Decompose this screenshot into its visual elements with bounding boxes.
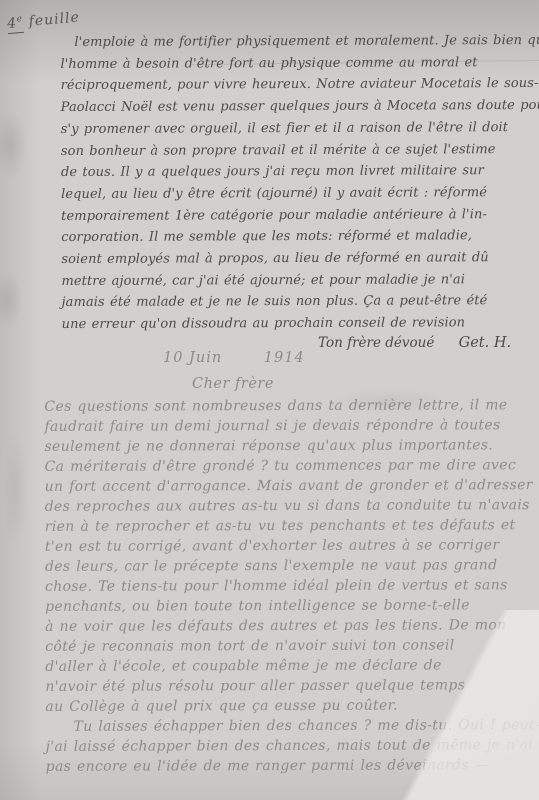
- handwritten-line: Ca mériterais d'être grondé ? tu commenc…: [45, 455, 539, 477]
- handwritten-line: chose. Te tiens-tu pour l'homme idéal pl…: [45, 575, 539, 597]
- handwritten-line: l'emploie à me fortifier physiquement et…: [60, 30, 538, 54]
- handwritten-line: d'aller à l'école, et coupable même je m…: [45, 655, 539, 677]
- handwritten-line: Ces questions sont nombreuses dans ta de…: [44, 395, 538, 417]
- handwritten-line: un fort accent d'arrogance. Mais avant d…: [45, 475, 539, 497]
- closing-text: Ton frère dévoué: [318, 335, 434, 351]
- handwritten-line: corporation. Il me semble que les mots: …: [61, 225, 539, 249]
- date-year: 1914: [264, 350, 305, 366]
- handwritten-line: au Collège à quel prix que ça eusse pu c…: [45, 695, 539, 717]
- salutation: Cher frère: [192, 376, 274, 392]
- handwritten-line: temporairement 1ère catégorie pour malad…: [61, 204, 539, 228]
- handwritten-line: des reproches aux autres as-tu vu si dan…: [45, 495, 539, 517]
- letter-closing: Ton frère dévoué Get. H.: [318, 335, 511, 351]
- handwritten-line: lequel, au lieu d'y être écrit (ajourné)…: [61, 182, 539, 206]
- handwritten-line: faudrait faire un demi journal si je dev…: [44, 415, 538, 437]
- bleed-through-smudge: [0, 270, 24, 330]
- bleed-through-smudge: [0, 110, 28, 180]
- letter-date: 10 Juin 1914: [163, 350, 305, 366]
- date-day-month: 10 Juin: [163, 350, 222, 366]
- bleed-through-smudge: [2, 430, 28, 550]
- sheet-number: 4e: [6, 14, 24, 33]
- handwritten-line: réciproquement, pour vivre heureux. Notr…: [61, 73, 539, 97]
- handwritten-line: penchants, ou bien toute ton intelligenc…: [45, 595, 539, 617]
- handwritten-line: à ne voir que les défauts des autres et …: [45, 615, 539, 637]
- sheet-number-note: 4e feuille: [6, 9, 80, 32]
- handwritten-line: côté je reconnais mon tort de n'avoir su…: [45, 635, 539, 657]
- handwritten-line: j'ai laissé échapper bien des chances, m…: [46, 735, 539, 757]
- handwritten-line: rien à te reprocher et as-tu vu tes penc…: [45, 515, 539, 537]
- first-letter-body: l'emploie à me fortifier physiquement et…: [60, 30, 539, 336]
- handwritten-line: s'y promener avec orgueil, il est fier e…: [61, 117, 539, 141]
- handwritten-line: t'en est tu corrigé, avant d'exhorter le…: [45, 535, 539, 557]
- second-letter-body: Ces questions sont nombreuses dans ta de…: [44, 395, 539, 777]
- handwritten-line: soient employés mal à propos, au lieu de…: [61, 247, 539, 271]
- handwritten-line: de tous. Il y a quelques jours j'ai reçu…: [61, 160, 539, 184]
- handwritten-line: n'avoir été plus résolu pour aller passe…: [45, 675, 539, 697]
- sheet-word: feuille: [28, 10, 80, 30]
- letter-page: 4e feuille l'emploie à me fortifier phys…: [0, 0, 539, 800]
- handwritten-line: des leurs, car le précepte sans l'exempl…: [45, 555, 539, 577]
- handwritten-line: l'homme à besoin d'être fort au physique…: [60, 52, 538, 76]
- scan-shading-left: [0, 0, 40, 800]
- handwritten-line: Paolacci Noël est venu passer quelques j…: [61, 95, 539, 119]
- handwritten-line: jamais été malade et je ne le suis non p…: [61, 290, 539, 314]
- signature: Get. H.: [459, 335, 511, 351]
- handwritten-line: pas encore eu l'idée de me ranger parmi …: [46, 755, 539, 777]
- handwritten-line: son bonheur à son propre travail et il m…: [61, 138, 539, 162]
- handwritten-line: Tu laisses échapper bien des chances ? m…: [45, 715, 539, 737]
- handwritten-line: seulement je ne donnerai réponse qu'aux …: [44, 435, 538, 457]
- handwritten-line: une erreur qu'on dissoudra au prochain c…: [62, 312, 539, 336]
- handwritten-line: mettre ajourné, car j'ai été ajourné; et…: [61, 269, 539, 293]
